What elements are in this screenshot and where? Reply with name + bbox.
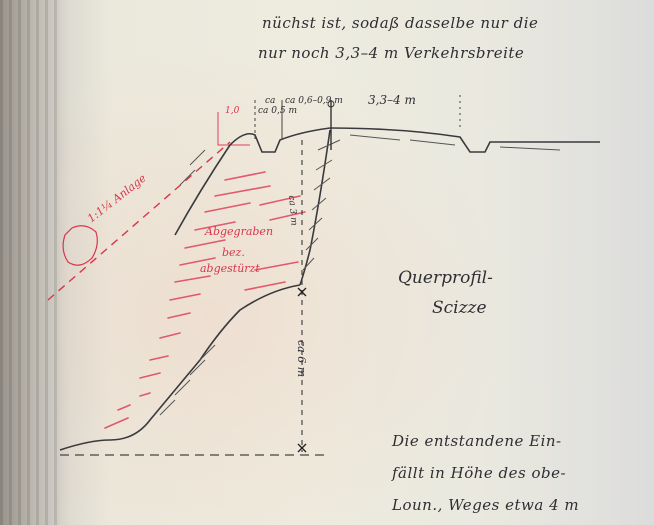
red-dim-bracket bbox=[218, 112, 250, 145]
red-area-label-1: Abgegraben bbox=[205, 225, 273, 238]
sketch-title-line1: Querprofil- bbox=[398, 268, 493, 288]
dim-lower-vertical: ca 6 m bbox=[295, 340, 308, 377]
dim-ca-05: ca 0,5 m bbox=[258, 106, 297, 116]
text-bottom-line1: Die entstandene Ein- bbox=[392, 432, 562, 450]
dim-ca-06-09: ca 0,6–0,9 m bbox=[285, 96, 343, 106]
red-rock-outline bbox=[63, 226, 97, 265]
red-area-label-2: bez. bbox=[222, 246, 245, 259]
text-bottom-line2: fällt in Höhe des obe- bbox=[392, 464, 566, 482]
dim-red-left: 1,0 bbox=[225, 106, 239, 116]
dim-road-width: 3,3–4 m bbox=[368, 93, 416, 107]
dim-ca-label: ca bbox=[265, 96, 275, 106]
sketch-title-line2: Scizze bbox=[432, 298, 487, 318]
red-hatching bbox=[105, 172, 305, 428]
text-bottom-line3: Loun., Weges etwa 4 m bbox=[392, 496, 579, 514]
red-area-label-3: abgestürzt bbox=[200, 262, 260, 275]
red-slope-line bbox=[48, 142, 230, 300]
black-hatching bbox=[160, 135, 560, 415]
